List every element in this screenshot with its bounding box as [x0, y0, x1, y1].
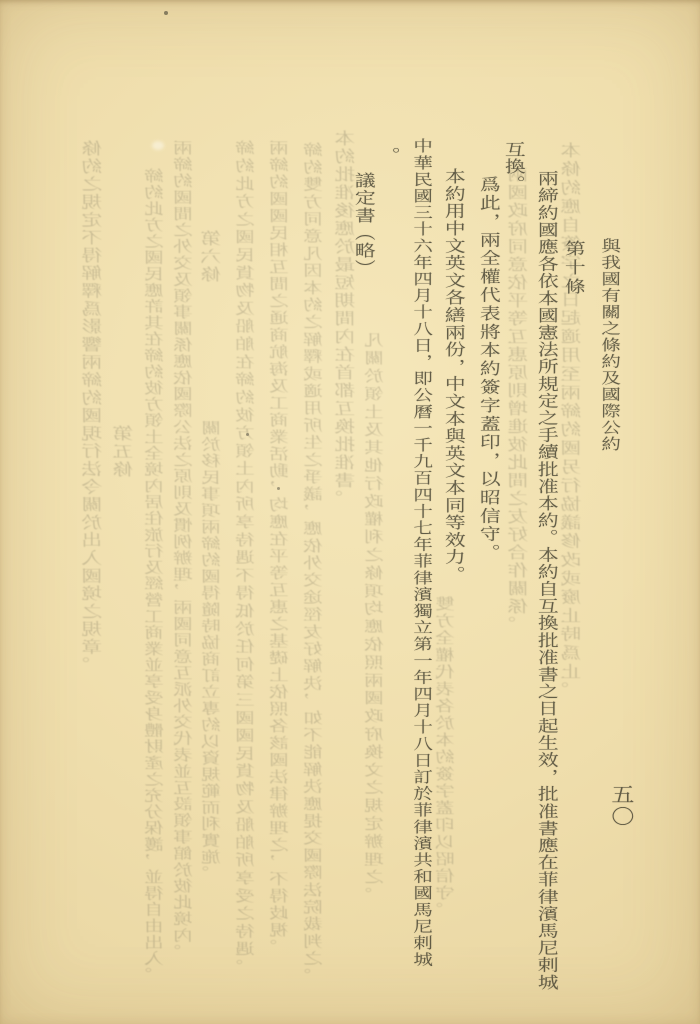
bleedthrough-column: 本條約應自簽字之日起適用至兩締約國另行協議修改或廢止時爲止。	[564, 142, 585, 700]
bleedthrough-column: 締約此方之國民貨物及船舶在締約彼方領土內所享待遇不得低於任何第三國國民貨物及船舶…	[238, 140, 258, 977]
bleedthrough-column: 雙方全權代表各於本約簽字蓋印以昭信守。	[438, 596, 458, 919]
bleedthrough-column: 條約之規定不得解釋爲影響兩締約國現行法令關於出入國境之規章。	[85, 140, 106, 674]
page-number: 五〇	[609, 784, 632, 828]
paper-speck	[164, 11, 168, 15]
bleedthrough-column: 兩締約國間之外交及領事關係應依國際公法之原則及慣例辦理，兩國同意互派外交代表並互…	[176, 140, 196, 960]
bleedthrough-column: 關於移民事項兩締約國得隨時協商訂立專約以資規範而利實施。	[204, 420, 224, 882]
protocol-note: 議定書（略）	[352, 172, 373, 277]
bleedthrough-column: 兩國政府同意依平等互惠原則增進彼此間之友好合作關係。	[511, 166, 532, 634]
date-place-clause-period: 。	[377, 147, 398, 163]
scanned-page: 條約之規定不得解釋爲影響兩締約國現行法令關於出入國境之規章。 第五條 締約此方之…	[0, 0, 700, 1024]
date-place-clause: 中華民國三十六年四月十八日，即公曆一千九百四十七年菲律濱獨立第一年四月十八日訂於…	[411, 138, 431, 968]
witness-clause: 爲此，兩全權代表將本約簽字蓋印，以昭信守。	[477, 176, 498, 562]
bleedthrough-column: 第六條	[204, 230, 225, 284]
article-text-column-2: 互換。	[502, 141, 523, 192]
bleedthrough-column: 締約雙方同意凡因本約之解釋或適用所生之爭議，應依外交途徑友好解決，如不能解決應提…	[306, 142, 326, 985]
bleedthrough-column: 凡關於領土及其他行政權利之條項均應依照兩國政府換文之規定辦理之。	[367, 332, 387, 905]
paper-spot	[152, 141, 164, 150]
running-head: 與我國有關之條約及國際公約	[599, 238, 619, 453]
article-heading: 第十條	[562, 240, 583, 297]
bleedthrough-column: 第五條	[116, 425, 137, 479]
bleedthrough-column: 締約此方之國民應許其在締約彼方領土全境內居住旅行及經營工商業並享受身體財產之充分…	[147, 168, 167, 983]
language-clause: 本約用中文英文各繕兩份，中文本與英文本同等效力。	[442, 168, 463, 583]
bleedthrough-column: 兩締約國國民相互間之通商航海及工商業活動，均應在平等互惠之基礎上依照各該國法律辦…	[272, 140, 292, 956]
article-text-column-1: 兩締約國應各依本國憲法所規定之手續批准本約。本約自互換批准書之日起生效，批准書應…	[535, 170, 556, 991]
